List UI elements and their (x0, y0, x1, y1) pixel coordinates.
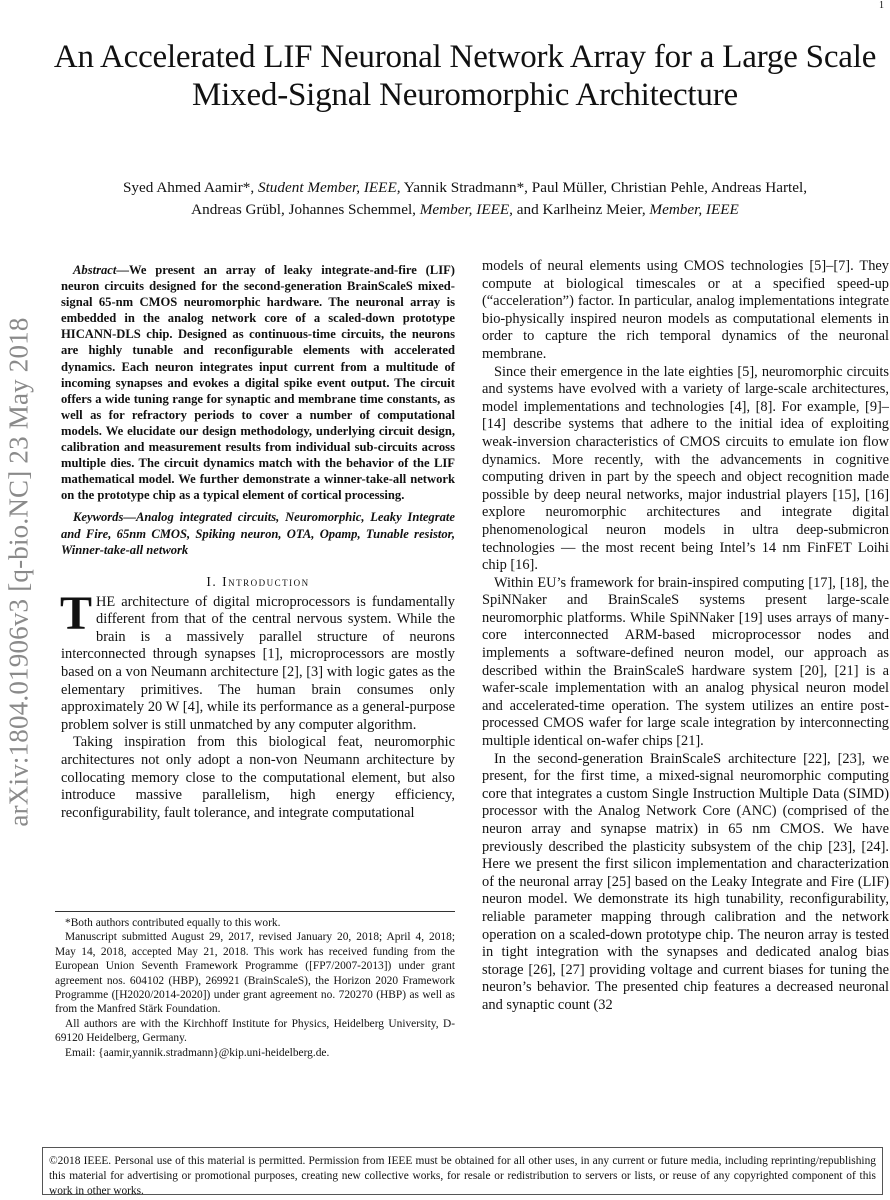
keywords: Keywords—Analog integrated circuits, Neu… (61, 509, 455, 557)
author-role: Student Member, IEEE, (258, 179, 401, 196)
author-line-1: Syed Ahmed Aamir*, Student Member, IEEE,… (40, 177, 890, 199)
intro-paragraph-4: Within EU’s framework for brain-inspired… (482, 575, 889, 751)
author-role: Member, IEEE, (420, 201, 513, 218)
author-role: Member, IEEE (649, 201, 738, 218)
author-names: and Karlheinz Meier, (513, 201, 649, 218)
author-names: Yannik Stradmann*, Paul Müller, Christia… (401, 179, 807, 196)
footnotes: *Both authors contributed equally to thi… (55, 911, 455, 1060)
copyright-notice: ©2018 IEEE. Personal use of this materia… (42, 1147, 883, 1195)
footnote-equal-contribution: *Both authors contributed equally to thi… (55, 916, 455, 930)
author-line-2: Andreas Grübl, Johannes Schemmel, Member… (40, 199, 890, 221)
page-number: 1 (879, 0, 884, 12)
intro-paragraph-5: In the second-generation BrainScaleS arc… (482, 751, 889, 1015)
paper-title: An Accelerated LIF Neuronal Network Arra… (40, 38, 890, 114)
author-names: Andreas Grübl, Johannes Schemmel, (191, 201, 420, 218)
footnote-email[interactable]: Email: {aamir,yannik.stradmann}@kip.uni-… (55, 1046, 455, 1060)
arxiv-sidebar: arXiv:1804.01906v3 [q-bio.NC] 23 May 201… (2, 262, 36, 882)
intro-paragraph-2: Taking inspiration from this biological … (61, 734, 455, 822)
drop-cap: T (60, 597, 92, 633)
section-heading-introduction: I. Introduction (61, 574, 455, 590)
abstract-label: Abstract (73, 263, 116, 277)
keywords-label: Keywords (73, 510, 123, 524)
abstract-text: —We present an array of leaky integrate-… (61, 263, 455, 502)
footnote-manuscript-funding: Manuscript submitted August 29, 2017, re… (55, 930, 455, 1016)
abstract: Abstract—We present an array of leaky in… (61, 262, 455, 503)
paragraph-text: HE architecture of digital microprocesso… (61, 594, 455, 733)
intro-paragraph-1: THE architecture of digital microprocess… (61, 594, 455, 735)
footnote-affiliation: All authors are with the Kirchhoff Insti… (55, 1017, 455, 1046)
right-column: models of neural elements using CMOS tec… (482, 258, 889, 1015)
intro-paragraph-2-continued: models of neural elements using CMOS tec… (482, 258, 889, 364)
left-column: Abstract—We present an array of leaky in… (61, 262, 455, 822)
author-list: Syed Ahmed Aamir*, Student Member, IEEE,… (40, 177, 890, 221)
arxiv-identifier[interactable]: arXiv:1804.01906v3 [q-bio.NC] 23 May 201… (4, 317, 35, 826)
author-names: Syed Ahmed Aamir*, (123, 179, 258, 196)
intro-paragraph-3: Since their emergence in the late eighti… (482, 364, 889, 575)
